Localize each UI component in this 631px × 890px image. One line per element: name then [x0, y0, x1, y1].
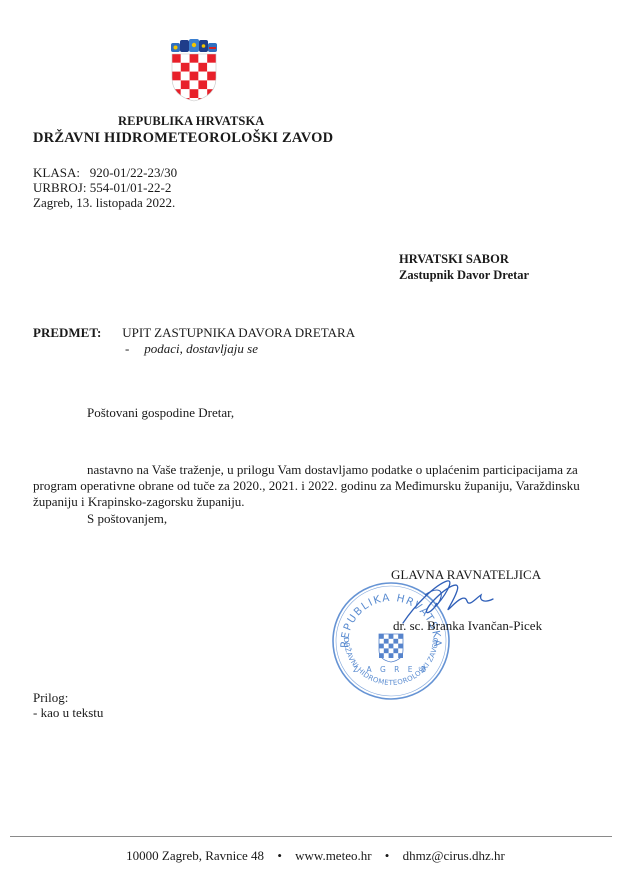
- recipient-line-1: HRVATSKI SABOR: [399, 251, 529, 267]
- footer-email[interactable]: dhmz@cirus.dhz.hr: [403, 848, 505, 863]
- klasa-label: KLASA:: [33, 165, 80, 180]
- subject-label: PREDMET:: [33, 325, 119, 341]
- coat-of-arms-icon: [166, 38, 222, 102]
- footer-separator: •: [385, 848, 390, 863]
- subject-title: UPIT ZASTUPNIKA DAVORA DRETARA: [122, 325, 355, 340]
- klasa-value: 920-01/22-23/30: [90, 165, 177, 180]
- org-line-1: REPUBLIKA HRVATSKA: [118, 114, 264, 129]
- org-line-2: DRŽAVNI HIDROMETEOROLOŠKI ZAVOD: [33, 130, 333, 147]
- urbroj-value: 554-01/01-22-2: [90, 180, 172, 195]
- reference-block: KLASA: 920-01/22-23/30 URBROJ: 554-01/01…: [33, 165, 177, 210]
- handwritten-signature: [395, 575, 505, 630]
- greeting: Poštovani gospodine Dretar,: [87, 405, 234, 421]
- attachment-item: - kao u tekstu: [33, 705, 103, 720]
- klasa-row: KLASA: 920-01/22-23/30: [33, 165, 177, 180]
- footer-divider: [10, 836, 612, 837]
- svg-text:Z A G R E B: Z A G R E B: [353, 665, 429, 674]
- letter-body: nastavno na Vaše traženje, u prilogu Vam…: [33, 462, 593, 510]
- urbroj-label: URBROJ:: [33, 180, 86, 195]
- footer: 10000 Zagreb, Ravnice 48 • www.meteo.hr …: [0, 848, 631, 864]
- recipient-line-2: Zastupnik Davor Dretar: [399, 267, 529, 283]
- subject-dash: -: [125, 341, 141, 357]
- urbroj-row: URBROJ: 554-01/01-22-2: [33, 180, 177, 195]
- subject-block: PREDMET: UPIT ZASTUPNIKA DAVORA DRETARA …: [33, 325, 355, 357]
- closing: S poštovanjem,: [87, 511, 167, 527]
- footer-address: 10000 Zagreb, Ravnice 48: [126, 848, 264, 863]
- footer-website[interactable]: www.meteo.hr: [295, 848, 371, 863]
- place-date: Zagreb, 13. listopada 2022.: [33, 195, 177, 210]
- subject-sub: podaci, dostavljaju se: [144, 341, 258, 356]
- footer-separator: •: [277, 848, 282, 863]
- attachment-label: Prilog:: [33, 690, 103, 705]
- recipient-block: HRVATSKI SABOR Zastupnik Davor Dretar: [399, 251, 529, 283]
- attachment-block: Prilog: - kao u tekstu: [33, 690, 103, 720]
